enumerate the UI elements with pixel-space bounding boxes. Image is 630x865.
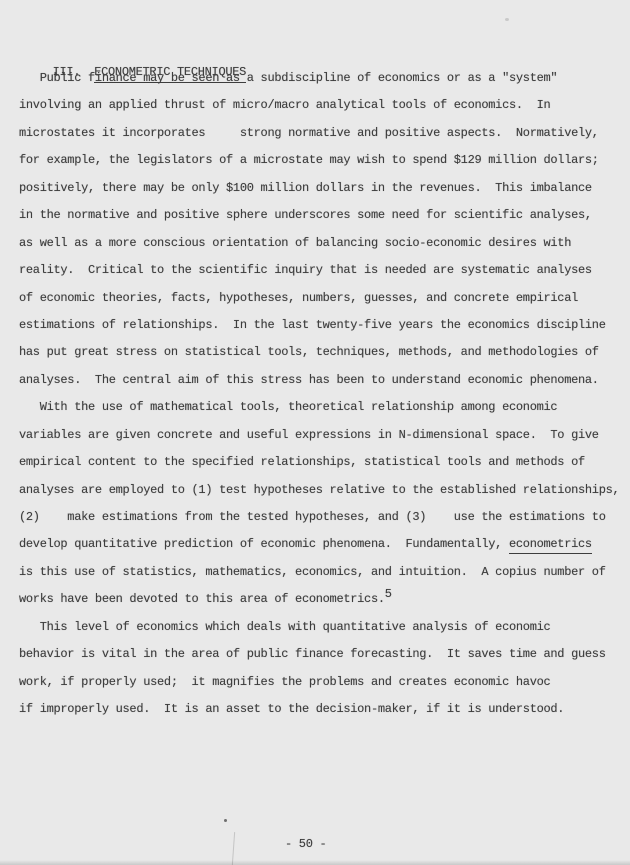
text-segment: With the use of mathematical tools, theo…	[19, 400, 557, 414]
text-segment: microstates it incorporates strong norma…	[19, 126, 599, 140]
text-line: microstates it incorporates strong norma…	[19, 120, 625, 147]
text-segment: as well as a more conscious orientation …	[19, 236, 571, 250]
text-segment: estimations of relationships. In the las…	[19, 318, 606, 332]
text-line: analyses. The central aim of this stress…	[19, 367, 625, 394]
text-line: involving an applied thrust of micro/mac…	[19, 92, 625, 119]
text-segment: for example, the legislators of a micros…	[19, 153, 599, 167]
text-segment: of economic theories, facts, hypotheses,…	[19, 291, 578, 305]
text-segment: has put great stress on statistical tool…	[19, 345, 599, 359]
text-line: behavior is vital in the area of public …	[19, 641, 625, 668]
text-segment: work, if properly used; it magnifies the…	[19, 675, 550, 689]
ink-speck-artifact	[224, 819, 227, 822]
body-text: Public finance may be seen as a subdisci…	[19, 65, 625, 724]
text-segment: analyses are employed to (1) test hypoth…	[19, 483, 619, 497]
text-segment: works have been devoted to this area of …	[19, 592, 385, 606]
text-segment: Public finance may be seen as a subdisci…	[19, 71, 557, 85]
text-line: is this use of statistics, mathematics, …	[19, 559, 625, 586]
text-line: as well as a more conscious orientation …	[19, 230, 625, 257]
text-line: Public finance may be seen as a subdisci…	[19, 65, 625, 92]
scanned-document-page: III.ECONOMETRIC TECHNIQUES Public financ…	[0, 0, 630, 865]
text-segment: empirical content to the specified relat…	[19, 455, 585, 469]
text-segment: variables are given concrete and useful …	[19, 428, 599, 442]
text-segment: (2) make estimations from the tested hyp…	[19, 510, 606, 524]
text-segment: reality. Critical to the scientific inqu…	[19, 263, 592, 277]
text-segment: involving an applied thrust of micro/mac…	[19, 98, 550, 112]
text-line: positively, there may be only $100 milli…	[19, 175, 625, 202]
faint-smudge-artifact	[505, 18, 509, 21]
text-line: in the normative and positive sphere und…	[19, 202, 625, 229]
text-segment: is this use of statistics, mathematics, …	[19, 565, 606, 579]
text-line: empirical content to the specified relat…	[19, 449, 625, 476]
text-segment: if improperly used. It is an asset to th…	[19, 702, 564, 716]
text-segment: This level of economics which deals with…	[19, 620, 550, 634]
text-line: works have been devoted to this area of …	[19, 586, 625, 613]
text-line: analyses are employed to (1) test hypoth…	[19, 477, 625, 504]
scan-bottom-edge-shade	[0, 860, 630, 865]
text-line: develop quantitative prediction of econo…	[19, 531, 625, 558]
text-line: of economic theories, facts, hypotheses,…	[19, 285, 625, 312]
text-segment: analyses. The central aim of this stress…	[19, 373, 599, 387]
text-line: work, if properly used; it magnifies the…	[19, 669, 625, 696]
text-line: if improperly used. It is an asset to th…	[19, 696, 625, 723]
text-line: (2) make estimations from the tested hyp…	[19, 504, 625, 531]
text-segment: positively, there may be only $100 milli…	[19, 181, 592, 195]
text-line: estimations of relationships. In the las…	[19, 312, 625, 339]
text-line: reality. Critical to the scientific inqu…	[19, 257, 625, 284]
text-line: variables are given concrete and useful …	[19, 422, 625, 449]
text-line: for example, the legislators of a micros…	[19, 147, 625, 174]
underlined-term: econometrics	[509, 537, 592, 554]
text-segment: develop quantitative prediction of econo…	[19, 537, 509, 551]
text-segment: in the normative and positive sphere und…	[19, 208, 592, 222]
text-line: With the use of mathematical tools, theo…	[19, 394, 625, 421]
text-line: This level of economics which deals with…	[19, 614, 625, 641]
page-number: - 50 -	[285, 831, 326, 858]
text-segment: behavior is vital in the area of public …	[19, 647, 606, 661]
footnote-reference: 5	[385, 587, 392, 601]
text-line: has put great stress on statistical tool…	[19, 339, 625, 366]
